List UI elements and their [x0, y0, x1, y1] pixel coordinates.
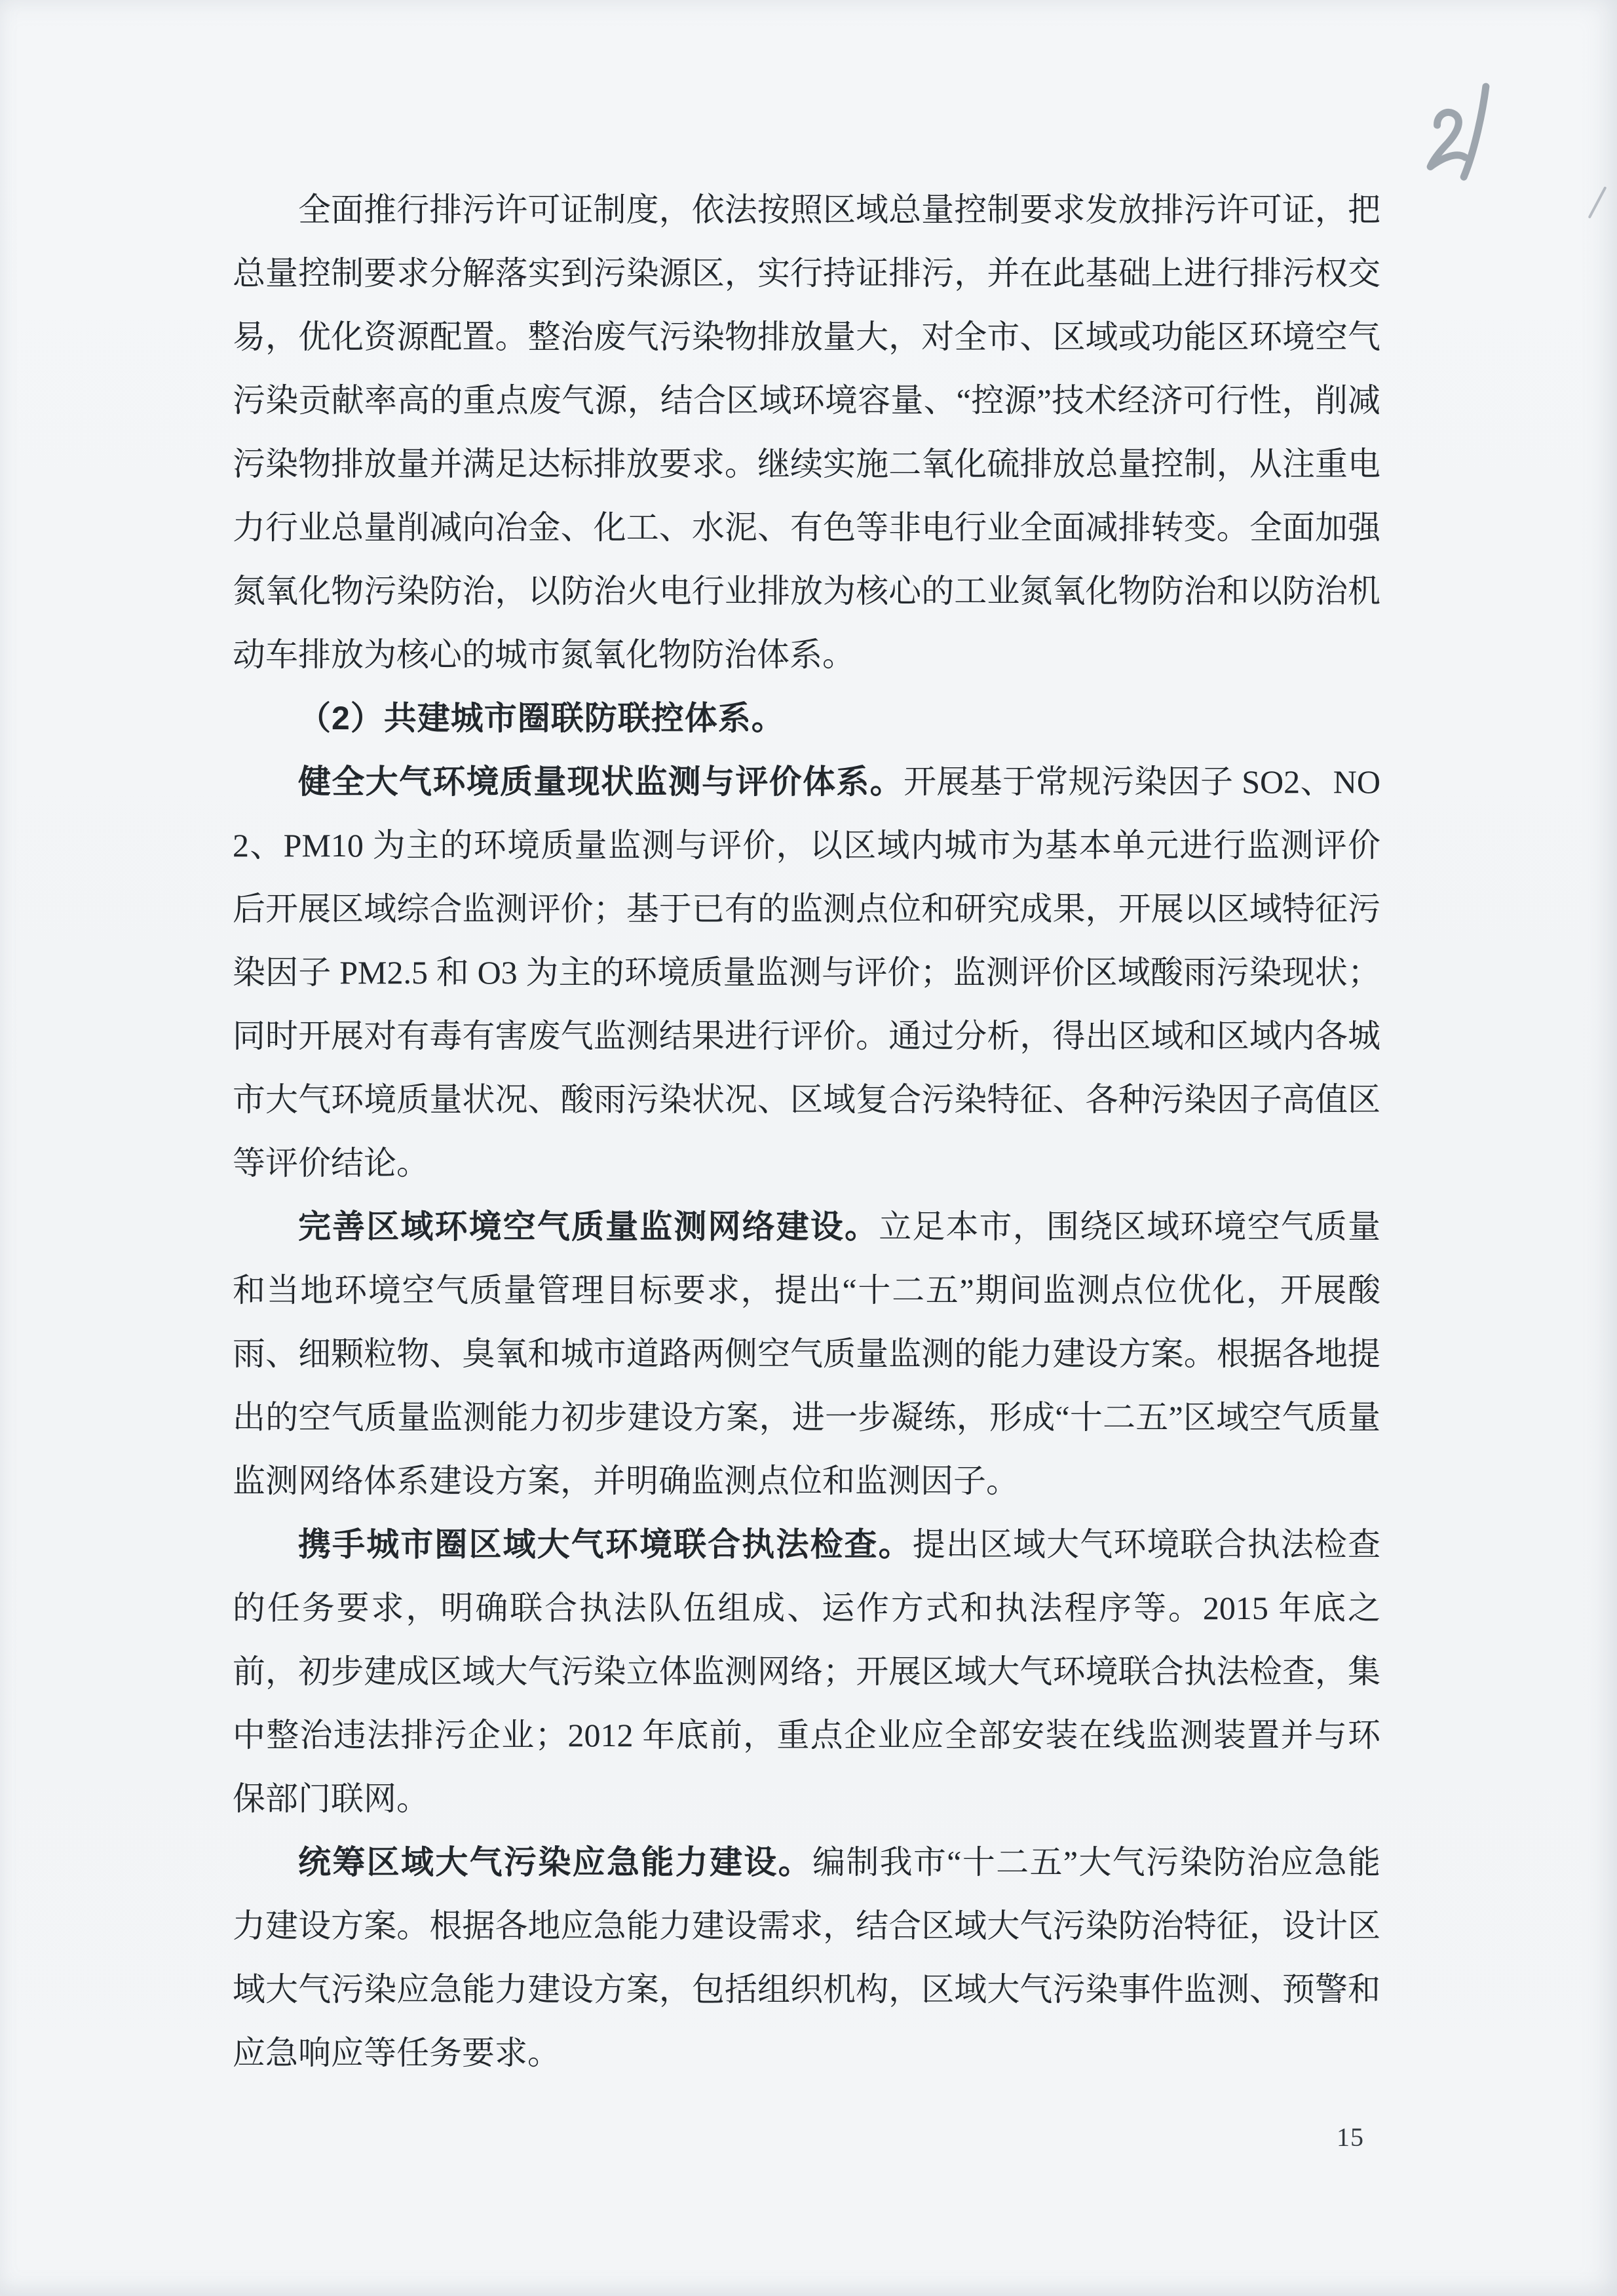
paragraph-lead: 携手城市圈区域大气环境联合执法检查。: [298, 1526, 913, 1563]
paragraph: 健全大气环境质量现状监测与评价体系。开展基于常规污染因子 SO2、NO2、PM1…: [233, 750, 1380, 1195]
handwritten-page-mark: 21: [1404, 67, 1525, 215]
paragraph-text: 提出区域大气环境联合执法检查的任务要求，明确联合执法队伍组成、运作方式和执法程序…: [233, 1526, 1380, 1817]
paragraph-text: 立足本市，围绕区域环境空气质量和当地环境空气质量管理目标要求，提出“十二五”期间…: [233, 1208, 1380, 1499]
paragraph-lead: 完善区域环境空气质量监测网络建设。: [298, 1208, 879, 1245]
handwritten-21-strokes: [1404, 67, 1525, 212]
paragraph: 全面推行排污许可证制度，依法按照区域总量控制要求发放排污许可证，把总量控制要求分…: [233, 178, 1380, 687]
scan-edge-artifact: [1588, 186, 1607, 219]
paragraph: 完善区域环境空气质量监测网络建设。立足本市，围绕区域环境空气质量和当地环境空气质…: [233, 1195, 1380, 1513]
paragraph: （2）共建城市圈联防联控体系。: [233, 687, 1380, 750]
paragraph: 携手城市圈区域大气环境联合执法检查。提出区域大气环境联合执法检查的任务要求，明确…: [233, 1513, 1380, 1831]
paragraph: 统筹区域大气污染应急能力建设。编制我市“十二五”大气污染防治应急能力建设方案。根…: [233, 1831, 1380, 2085]
paragraph-text: 全面推行排污许可证制度，依法按照区域总量控制要求发放排污许可证，把总量控制要求分…: [233, 191, 1380, 673]
paragraph-lead: 统筹区域大气污染应急能力建设。: [298, 1844, 812, 1881]
paragraph-text: 开展基于常规污染因子 SO2、NO2、PM10 为主的环境质量监测与评价，以区域…: [233, 763, 1380, 1181]
paragraph-lead: 健全大气环境质量现状监测与评价体系。: [298, 763, 904, 800]
document-text-block: 全面推行排污许可证制度，依法按照区域总量控制要求发放排污许可证，把总量控制要求分…: [233, 178, 1380, 2085]
scanned-document-page: 21 全面推行排污许可证制度，依法按照区域总量控制要求发放排污许可证，把总量控制…: [0, 0, 1617, 2296]
page-number: 15: [1337, 2122, 1364, 2152]
paragraph-lead: （2）共建城市圈联防联控体系。: [298, 700, 785, 737]
